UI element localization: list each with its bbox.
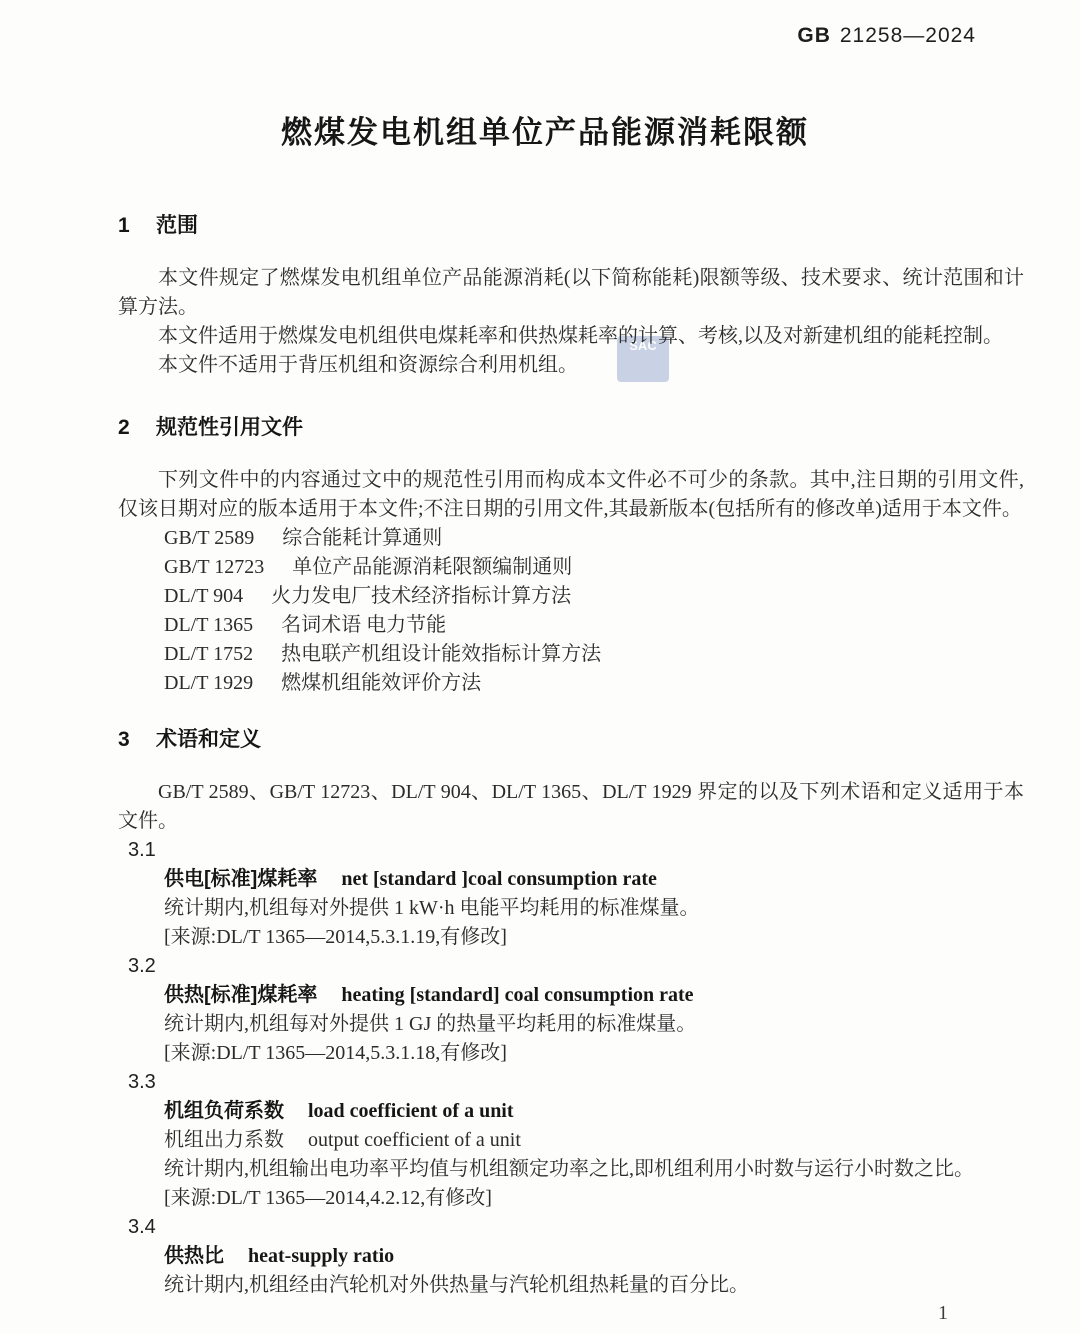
term-zh: 供热[标准]煤耗率 [164, 984, 317, 1006]
page-content: GB21258—2024 燃煤发电机组单位产品能源消耗限额 1范围 本文件规定了… [0, 0, 1080, 1334]
reference-code: DL/T 1752 [164, 643, 253, 665]
reference-item: DL/T 1929燃煤机组能效评价方法 [164, 669, 1024, 698]
section-3-body: GB/T 2589、GB/T 12723、DL/T 904、DL/T 1365、… [118, 778, 1024, 836]
standard-code-number: 21258—2024 [840, 24, 976, 47]
section-3-title: 术语和定义 [156, 728, 261, 751]
term-source: [来源:DL/T 1365—2014,5.3.1.18,有修改] [118, 1039, 1024, 1068]
paragraph: GB/T 2589、GB/T 12723、DL/T 904、DL/T 1365、… [118, 778, 1024, 836]
reference-item: GB/T 2589综合能耗计算通则 [164, 524, 1024, 553]
term-heading: 供电[标准]煤耗率net [standard ]coal consumption… [118, 865, 1024, 894]
document-title: 燃煤发电机组单位产品能源消耗限额 [92, 110, 998, 156]
term-heading: 供热比heat-supply ratio [118, 1242, 1024, 1271]
term-alias-en: output coefficient of a unit [308, 1129, 521, 1151]
reference-item: DL/T 1365名词术语 电力节能 [164, 611, 1024, 640]
term-en: load coefficient of a unit [308, 1100, 514, 1122]
term-definition: 统计期内,机组每对外提供 1 GJ 的热量平均耗用的标准煤量。 [118, 1010, 1024, 1039]
term-3-1: 3.1 供电[标准]煤耗率net [standard ]coal consump… [118, 836, 1024, 952]
reference-item: DL/T 1752热电联产机组设计能效指标计算方法 [164, 640, 1024, 669]
term-zh: 供热比 [164, 1245, 224, 1267]
term-alias: 机组出力系数output coefficient of a unit [118, 1126, 1024, 1155]
term-number: 3.1 [128, 836, 1024, 865]
section-2-number: 2 [118, 412, 156, 444]
term-number: 3.2 [128, 952, 1024, 981]
term-3-4: 3.4 供热比heat-supply ratio 统计期内,机组经由汽轮机对外供… [118, 1213, 1024, 1300]
reference-item: DL/T 904火力发电厂技术经济指标计算方法 [164, 582, 1024, 611]
reference-list: GB/T 2589综合能耗计算通则 GB/T 12723单位产品能源消耗限额编制… [118, 524, 1024, 698]
paragraph: 本文件适用于燃煤发电机组供电煤耗率和供热煤耗率的计算、考核,以及对新建机组的能耗… [118, 322, 1024, 351]
term-number: 3.4 [128, 1213, 1024, 1242]
term-zh: 机组负荷系数 [164, 1100, 284, 1122]
section-1-body: 本文件规定了燃煤发电机组单位产品能源消耗(以下简称能耗)限额等级、技术要求、统计… [118, 264, 1024, 380]
reference-title: 综合能耗计算通则 [282, 527, 442, 549]
reference-title: 单位产品能源消耗限额编制通则 [292, 556, 572, 578]
reference-title: 燃煤机组能效评价方法 [281, 672, 481, 694]
reference-title: 名词术语 电力节能 [281, 614, 446, 636]
term-zh: 供电[标准]煤耗率 [164, 868, 317, 890]
term-definition: 统计期内,机组每对外提供 1 kW·h 电能平均耗用的标准煤量。 [118, 894, 1024, 923]
term-en: net [standard ]coal consumption rate [341, 868, 657, 890]
section-1-number: 1 [118, 210, 156, 242]
term-number: 3.3 [128, 1068, 1024, 1097]
term-heading: 机组负荷系数load coefficient of a unit [118, 1097, 1024, 1126]
reference-code: GB/T 12723 [164, 556, 264, 578]
paragraph: 本文件不适用于背压机组和资源综合利用机组。 [118, 351, 1024, 380]
reference-title: 火力发电厂技术经济指标计算方法 [271, 585, 571, 607]
term-3-2: 3.2 供热[标准]煤耗率heating [standard] coal con… [118, 952, 1024, 1068]
reference-code: DL/T 1365 [164, 614, 253, 636]
reference-title: 热电联产机组设计能效指标计算方法 [281, 643, 601, 665]
term-3-3: 3.3 机组负荷系数load coefficient of a unit 机组出… [118, 1068, 1024, 1213]
section-3-number: 3 [118, 724, 156, 756]
section-3-heading: 3术语和定义 [118, 724, 1024, 756]
reference-code: GB/T 2589 [164, 527, 254, 549]
standard-code-prefix: GB [797, 24, 831, 47]
page-header: GB21258—2024 [118, 24, 1024, 48]
section-2-body: 下列文件中的内容通过文中的规范性引用而构成本文件必不可少的条款。其中,注日期的引… [118, 466, 1024, 524]
paragraph: 下列文件中的内容通过文中的规范性引用而构成本文件必不可少的条款。其中,注日期的引… [118, 466, 1024, 524]
paragraph: 本文件规定了燃煤发电机组单位产品能源消耗(以下简称能耗)限额等级、技术要求、统计… [118, 264, 1024, 322]
document-page: SAC GB21258—2024 燃煤发电机组单位产品能源消耗限额 1范围 本文… [0, 0, 1080, 1334]
section-1-heading: 1范围 [118, 210, 1024, 242]
term-en: heating [standard] coal consumption rate [341, 984, 693, 1006]
section-2-title: 规范性引用文件 [156, 416, 303, 439]
term-en: heat-supply ratio [248, 1245, 394, 1267]
section-2-heading: 2规范性引用文件 [118, 412, 1024, 444]
term-heading: 供热[标准]煤耗率heating [standard] coal consump… [118, 981, 1024, 1010]
term-source: [来源:DL/T 1365—2014,4.2.12,有修改] [118, 1184, 1024, 1213]
term-definition: 统计期内,机组输出电功率平均值与机组额定功率之比,即机组利用小时数与运行小时数之… [118, 1155, 1024, 1184]
reference-item: GB/T 12723单位产品能源消耗限额编制通则 [164, 553, 1024, 582]
term-alias-zh: 机组出力系数 [164, 1129, 284, 1151]
page-number: 1 [938, 1302, 948, 1325]
reference-code: DL/T 1929 [164, 672, 253, 694]
reference-code: DL/T 904 [164, 585, 243, 607]
term-source: [来源:DL/T 1365—2014,5.3.1.19,有修改] [118, 923, 1024, 952]
section-1-title: 范围 [156, 214, 198, 237]
term-definition: 统计期内,机组经由汽轮机对外供热量与汽轮机组热耗量的百分比。 [118, 1271, 1024, 1300]
